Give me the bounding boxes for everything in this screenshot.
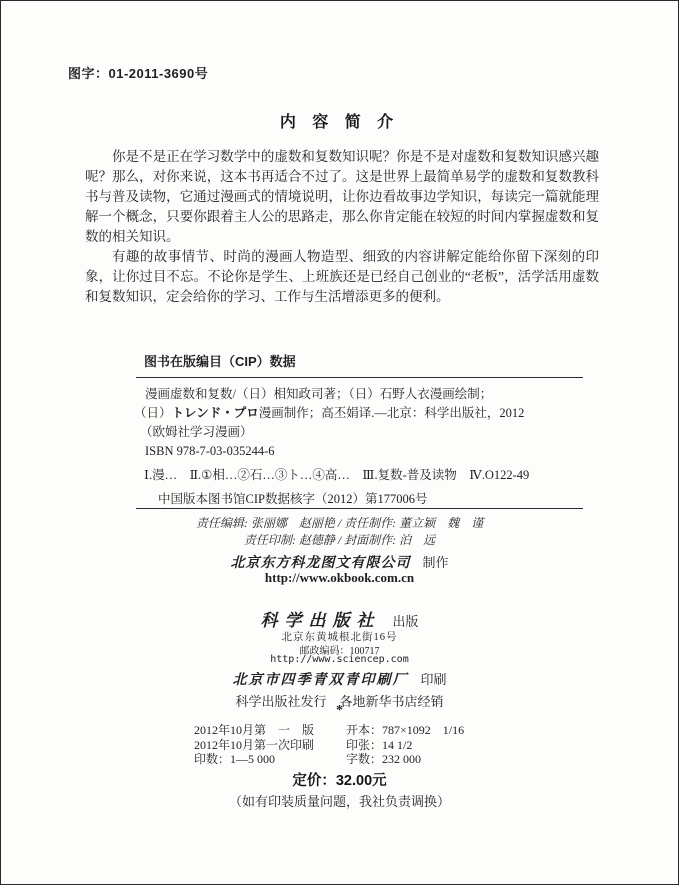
sheets-info: 印张：14 1/2 [346,738,484,753]
format-info: 开本：787×1092 1/16 [346,723,484,738]
intro-paragraph-2: 有趣的故事情节、时尚的漫画人物造型、细致的内容讲解定能给你留下深刻的印象，让你过… [85,247,599,307]
copies-info: 印数：1—5 000 [194,752,346,767]
cip-record-block: 漫画虚数和复数/（日）相知政司著；（日）石野人衣漫画绘制； （日）トレンド・プロ… [134,385,589,461]
publisher-role: 出版 [392,614,418,629]
publisher-name: 科学出版社 [260,611,380,630]
price: 定价：32.00元 [1,769,678,790]
printer-role: 印刷 [420,672,446,687]
printing-row: 2012年10月第一次印刷印张：14 1/2 [194,738,484,753]
producer-name: 北京东方科龙图文有限公司 [230,556,410,571]
producer-role: 制作 [422,555,448,570]
cip-production-statement: （日）トレンド・プロ漫画制作；高丕娟译.—北京：科学出版社，2012 [134,404,589,423]
producer-line: 北京东方科龙图文有限公司制作 [1,552,678,572]
classification-line: Ⅰ.漫… Ⅱ.①相…②石…③ト…④高… Ⅲ.复数-普及读物 Ⅳ.O122-49 [144,465,529,483]
intro-body: 你是不是正在学习数学中的虚数和复数知识呢？你是不是对虚数和复数知识感兴趣呢？那么… [85,147,599,307]
editors-line: 责任编辑: 张丽娜 赵丽艳 / 责任制作: 董立颖 魏 谨 [1,515,678,532]
wordcount-info: 字数：232 000 [346,752,484,767]
series-title: （欧姆社学习漫画） [134,423,589,442]
producer-url: http://www.okbook.com.cn [1,570,678,586]
printing-credits-line: 责任印制: 赵德静 / 封面制作: 泊 远 [1,532,678,549]
license-number: 图字：01-2011-3690号 [68,63,208,82]
cip-rule-bottom [136,508,583,509]
printing-row: 2012年10月第 一 版开本：787×1092 1/16 [194,723,484,738]
isbn: ISBN 978-7-03-035244-6 [134,442,589,461]
intro-paragraph-1: 你是不是正在学习数学中的虚数和复数知识呢？你是不是对虚数和复数知识感兴趣呢？那么… [85,147,599,247]
printer-name: 北京市四季青双青印刷厂 [232,673,408,688]
cip-rule-top [136,377,583,378]
copyright-page: 图字：01-2011-3690号 内 容 简 介 你是不是正在学习数学中的虚数和… [0,0,679,885]
cip-title-statement: 漫画虚数和复数/（日）相知政司著；（日）石野人衣漫画绘制； [134,385,589,404]
publisher-line: 科学出版社出版 [1,606,678,631]
staff-credits: 责任编辑: 张丽娜 赵丽艳 / 责任制作: 董立颖 魏 谨 责任印制: 赵德静 … [1,515,678,549]
edition-info: 2012年10月第 一 版 [194,723,346,738]
publisher-url: http://www.sciencep.com [1,654,678,665]
printing-row: 印数：1—5 000字数：232 000 [194,752,484,767]
cip-record-number: 中国版本图书馆CIP数据核字（2012）第177006号 [158,489,427,507]
cip-line2-rest: 漫画制作；高丕娟译.—北京：科学出版社，2012 [259,406,525,420]
printing-info-table: 2012年10月第 一 版开本：787×1092 1/16 2012年10月第一… [194,723,484,767]
impression-info: 2012年10月第一次印刷 [194,738,346,753]
quality-notice: （如有印装质量问题，我社负责调换） [1,791,678,810]
cip-heading: 图书在版编目（CIP）数据 [144,351,296,370]
printer-line: 北京市四季青双青印刷厂印刷 [1,669,678,689]
intro-title: 内 容 简 介 [1,109,678,132]
asterisk-divider: * [1,703,678,719]
cip-line2-prefix: （日） [134,406,172,420]
cip-line2-studio: トレンド・プロ [172,406,259,420]
